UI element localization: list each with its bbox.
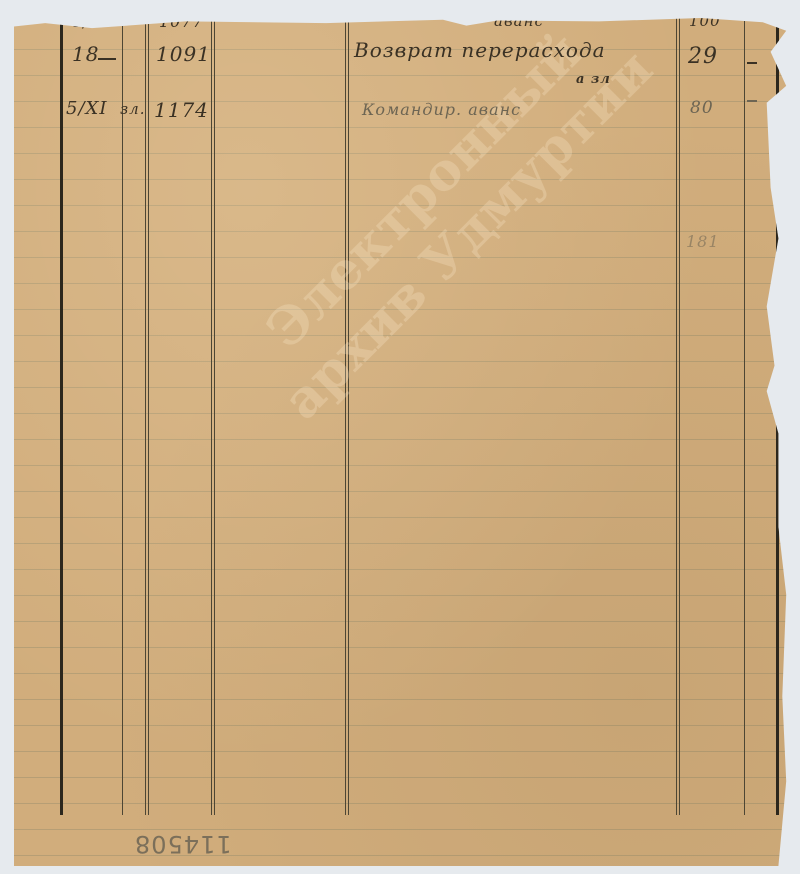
archive-watermark: Электронный архив Удмуртии [134,0,759,526]
watermark-line-2: архив Удмуртии [178,0,759,526]
entry-1-subnote: а зл [576,72,611,87]
margin-note: 181 [686,232,720,251]
entry-2-amount: 80 [690,98,714,118]
entry-2-amount-dash [747,100,757,102]
column-rule-amount-left [676,18,680,815]
entry-1-number: 1091 [156,42,211,66]
entry-0-amount: 100 [689,12,721,30]
entry-0-number: 1077 [159,12,204,31]
entry-0-description: аванс [494,12,544,30]
column-rule-left-border [60,18,63,815]
entry-2-date: 5/XI [66,98,107,119]
column-rule-number-left [145,18,149,815]
entry-1-amount-dash [747,62,757,64]
column-rule-description-left [345,18,349,815]
watermark-line-1: Электронный [134,0,715,482]
column-rule-number-right [211,18,215,815]
column-rule-amount-right [744,18,745,815]
entry-2-description: Командир. аванс [362,100,521,119]
entry-2-number: 1174 [154,98,209,122]
entry-1-date: 18 [72,42,99,66]
column-rule-date [122,18,123,815]
inventory-number: 114508 [134,830,232,858]
entry-2-date-suffix: зл. [120,100,146,118]
entry-0-date: 8/11 [72,12,112,31]
column-rule-right-border [776,18,779,815]
entry-1-description: Возврат перерасхода [354,38,606,62]
entry-1-amount: 29 [688,44,718,69]
ledger-page: Электронный архив Удмуртии 8/11 1077 ава… [14,18,794,866]
entry-1-date-dash [98,58,116,60]
